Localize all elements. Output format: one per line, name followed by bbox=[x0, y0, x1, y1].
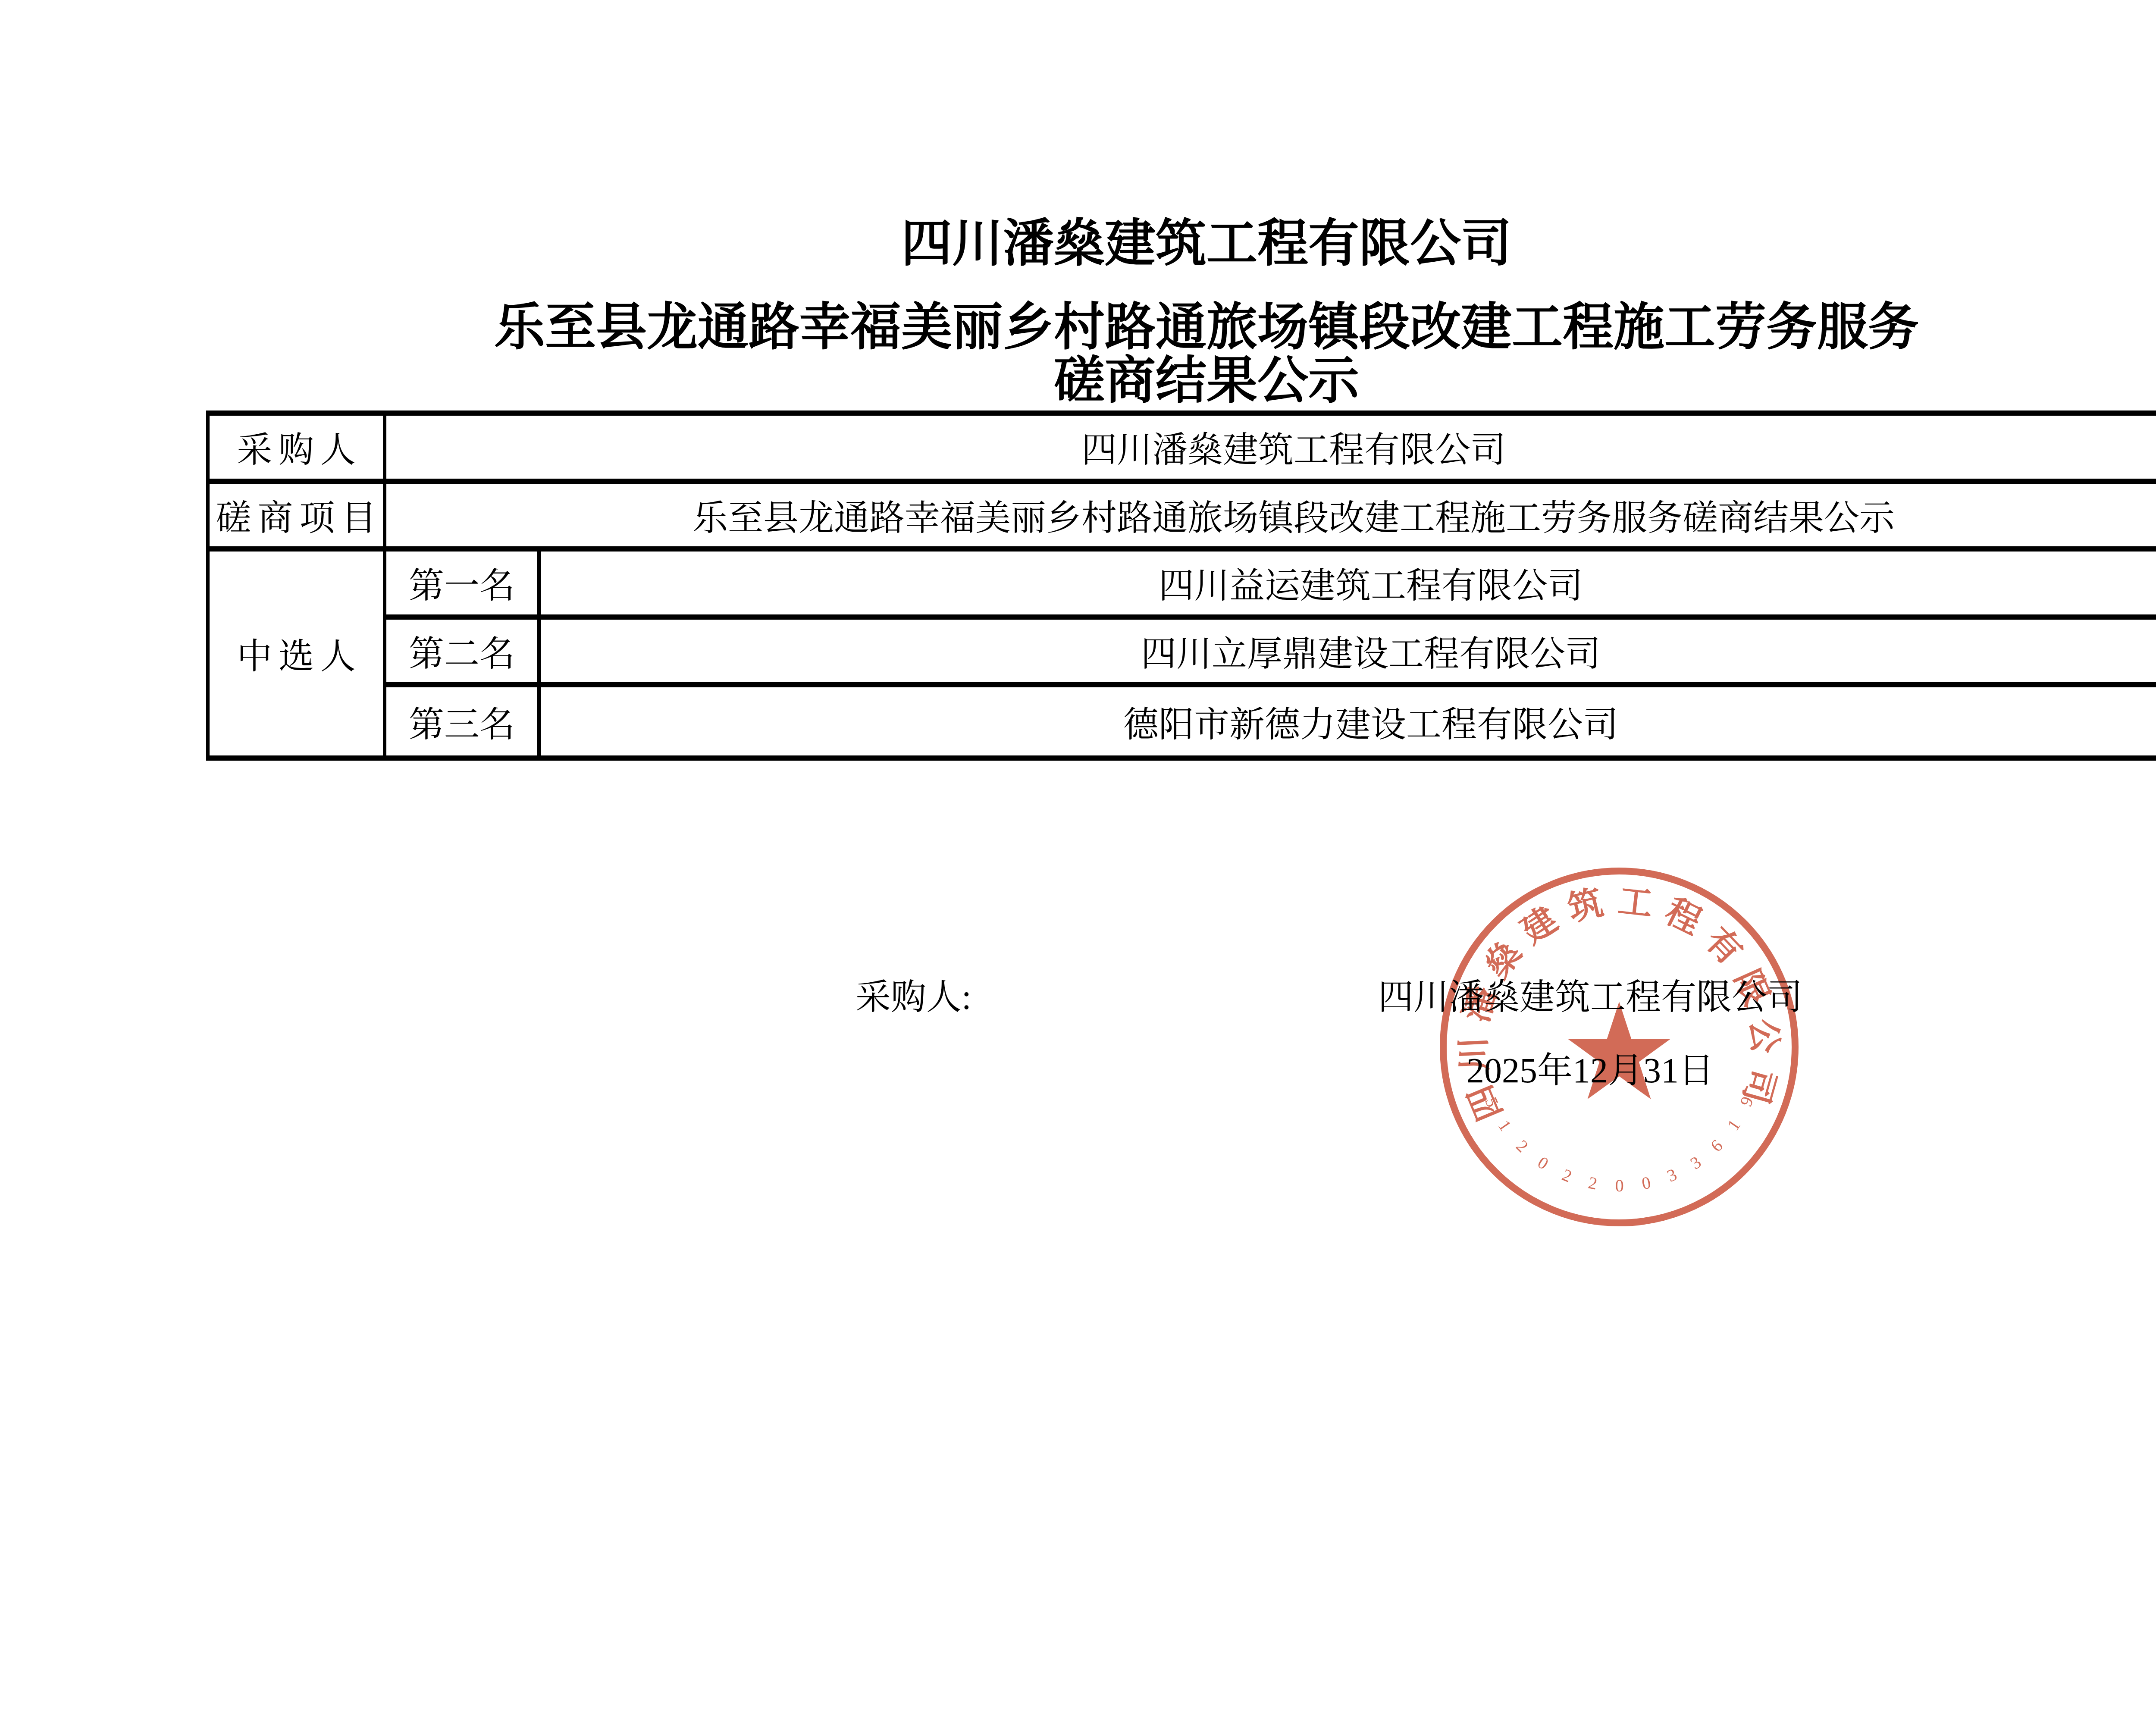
title-company: 四川潘燊建筑工程有限公司 bbox=[208, 216, 2156, 273]
document-page: 四川潘燊建筑工程有限公司 乐至县龙通路幸福美丽乡村路通旅场镇段改建工程施工劳务服… bbox=[0, 0, 2156, 1711]
winner-company-2: 四川立厚鼎建设工程有限公司 bbox=[541, 620, 2156, 688]
winner-rank-2: 第二名 bbox=[386, 620, 541, 688]
buyer-row-value: 四川潘燊建筑工程有限公司 bbox=[386, 416, 2156, 484]
title-result-notice: 磋商结果公示 bbox=[208, 353, 2156, 410]
winner-company-3: 德阳市新德力建设工程有限公司 bbox=[541, 687, 2156, 755]
project-row-value: 乐至县龙通路幸福美丽乡村路通旅场镇段改建工程施工劳务服务磋商结果公示 bbox=[386, 484, 2156, 552]
winners-row-label: 中选人 bbox=[210, 552, 386, 755]
footer-buyer-label: 采购人: bbox=[856, 974, 971, 1021]
footer-date: 2025年12月31日 bbox=[1073, 1047, 2108, 1094]
footer-buyer-name: 四川潘燊建筑工程有限公司 bbox=[1073, 974, 2108, 1021]
title-project: 乐至县龙通路幸福美丽乡村路通旅场镇段改建工程施工劳务服务 bbox=[208, 299, 2156, 356]
seal-serial-number: 5120220033619 bbox=[1481, 1094, 1757, 1195]
buyer-row-label: 采购人 bbox=[210, 416, 386, 484]
winner-rank-3: 第三名 bbox=[386, 687, 541, 755]
winner-rank-1: 第一名 bbox=[386, 552, 541, 620]
winner-company-1: 四川益运建筑工程有限公司 bbox=[541, 552, 2156, 620]
project-row-label: 磋商项目 bbox=[210, 484, 386, 552]
result-table: 采购人 四川潘燊建筑工程有限公司 磋商项目 乐至县龙通路幸福美丽乡村路通旅场镇段… bbox=[206, 411, 2156, 761]
